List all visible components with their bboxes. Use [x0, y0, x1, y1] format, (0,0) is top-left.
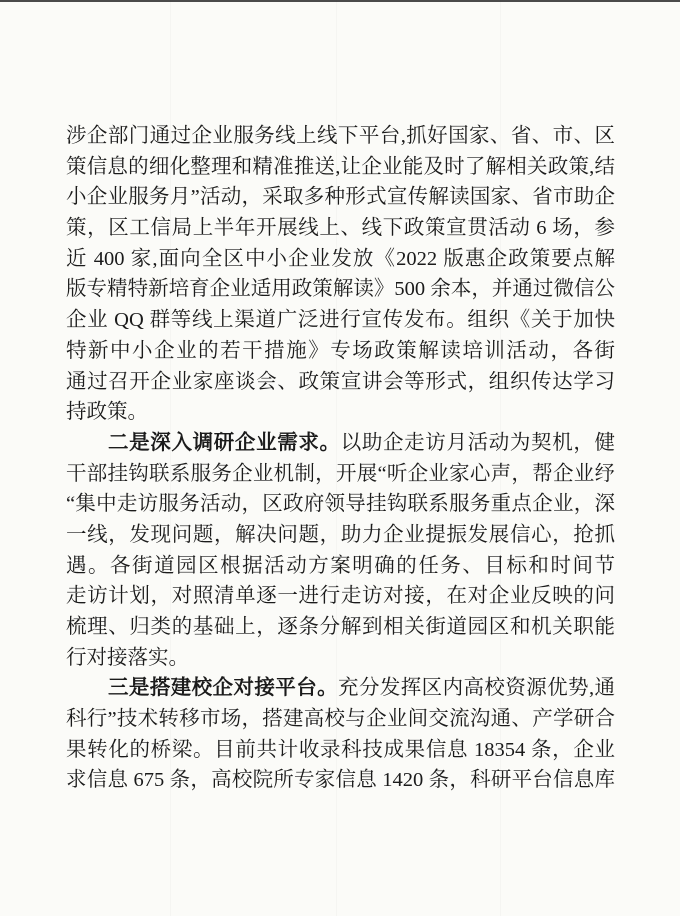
text-segment: 策信息的细化整理和精准推送,让企业能及时了解相关政策,结合“中	[66, 156, 615, 183]
text-segment: 特新中小企业的若干措施》专场政策解读培训活动，各街道、园区	[66, 340, 615, 367]
scan-top-edge	[0, 0, 680, 2]
text-segment: 持政策。	[66, 401, 148, 423]
text-line: 求信息 675 条，高校院所专家信息 1420 条，科研平台信息库 236	[66, 765, 615, 796]
text-line: 近 400 家,面向全区中小企业发放《2022 版惠企政策要点解读》、《2022	[66, 244, 615, 275]
text-segment: 通过召开企业家座谈会、政策宣讲会等形式，组织传达学习相关扶	[66, 371, 615, 398]
document-text-block: 涉企部门通过企业服务线上线下平台,抓好国家、省、市、区各级政策信息的细化整理和精…	[66, 121, 615, 796]
text-line: 一线，发现问题，解决问题，助力企业提振发展信心，抢抓发展机	[66, 520, 615, 551]
text-line: 涉企部门通过企业服务线上线下平台,抓好国家、省、市、区各级政	[66, 121, 615, 152]
text-segment: 企业 QQ 群等线上渠道广泛进行宣传发布。组织《关于加快发展专精	[66, 309, 615, 336]
text-segment: 果转化的桥梁。目前共计收录科技成果信息 18354 条，企业技术需	[66, 739, 615, 766]
text-line: 特新中小企业的若干措施》专场政策解读培训活动，各街道、园区	[66, 336, 615, 367]
text-segment: 走访计划，对照清单逐一进行走访对接，在对企业反映的问题分析、	[66, 585, 615, 612]
text-line: 策信息的细化整理和精准推送,让企业能及时了解相关政策,结合“中	[66, 152, 615, 183]
text-line: 梳理、归类的基础上，逐条分解到相关街道园区和机关职能部门进	[66, 612, 615, 643]
text-line: “集中走访服务活动，区政府领导挂钩联系服务重点企业，深入企业	[66, 489, 615, 520]
text-line: 策，区工信局上半年开展线上、线下政策宣贯活动 6 场，参与企业	[66, 213, 615, 244]
text-line: 版专精特新培育企业适用政策解读》500 余本，并通过微信公众号、	[66, 274, 615, 305]
text-segment: 一线，发现问题，解决问题，助力企业提振发展信心，抢抓发展机	[66, 524, 615, 551]
text-segment: 行对接落实。	[66, 647, 189, 669]
text-segment: 版专精特新培育企业适用政策解读》500 余本，并通过微信公众号、	[66, 278, 615, 305]
text-line: 遇。各街道园区根据活动方案明确的任务、目标和时间节点，排定	[66, 551, 615, 582]
paragraph-lead-bold: 二是深入调研企业需求。	[108, 432, 341, 454]
text-segment: 梳理、归类的基础上，逐条分解到相关街道园区和机关职能部门进	[66, 616, 615, 643]
text-line: 二是深入调研企业需求。以助企走访月活动为契机，健全领导	[66, 428, 615, 459]
paragraph-lead-bold: 三是搭建校企对接平台。	[108, 677, 338, 699]
text-line: 果转化的桥梁。目前共计收录科技成果信息 18354 条，企业技术需	[66, 735, 615, 766]
text-segment: 近 400 家,面向全区中小企业发放《2022 版惠企政策要点解读》、《2022	[66, 248, 615, 275]
text-segment: 求信息 675 条，高校院所专家信息 1420 条，科研平台信息库 236	[66, 769, 615, 796]
text-segment: 干部挂钩联系服务企业机制，开展“听企业家心声，帮企业纾困解难	[66, 463, 615, 490]
text-line: 企业 QQ 群等线上渠道广泛进行宣传发布。组织《关于加快发展专精	[66, 305, 615, 336]
text-line: 行对接落实。	[66, 643, 615, 674]
text-line: 干部挂钩联系服务企业机制，开展“听企业家心声，帮企业纾困解难	[66, 459, 615, 490]
text-line: 三是搭建校企对接平台。充分发挥区内高校资源优势,通过“霞	[66, 673, 615, 704]
text-line: 持政策。	[66, 397, 615, 428]
text-line: 科行”技术转移市场，搭建高校与企业间交流沟通、产学研合作、成	[66, 704, 615, 735]
text-segment: 小企业服务月”活动，采取多种形式宣传解读国家、省市助企纾困政	[66, 186, 615, 213]
text-line: 通过召开企业家座谈会、政策宣讲会等形式，组织传达学习相关扶	[66, 367, 615, 398]
text-line: 小企业服务月”活动，采取多种形式宣传解读国家、省市助企纾困政	[66, 182, 615, 213]
text-segment: “集中走访服务活动，区政府领导挂钩联系服务重点企业，深入企业	[66, 493, 615, 520]
text-segment: 策，区工信局上半年开展线上、线下政策宣贯活动 6 场，参与企业	[66, 217, 615, 244]
text-segment: 遇。各街道园区根据活动方案明确的任务、目标和时间节点，排定	[66, 555, 615, 582]
text-segment: 科行”技术转移市场，搭建高校与企业间交流沟通、产学研合作、成	[66, 708, 615, 735]
text-line: 走访计划，对照清单逐一进行走访对接，在对企业反映的问题分析、	[66, 581, 615, 612]
text-segment: 涉企部门通过企业服务线上线下平台,抓好国家、省、市、区各级政	[66, 125, 615, 152]
